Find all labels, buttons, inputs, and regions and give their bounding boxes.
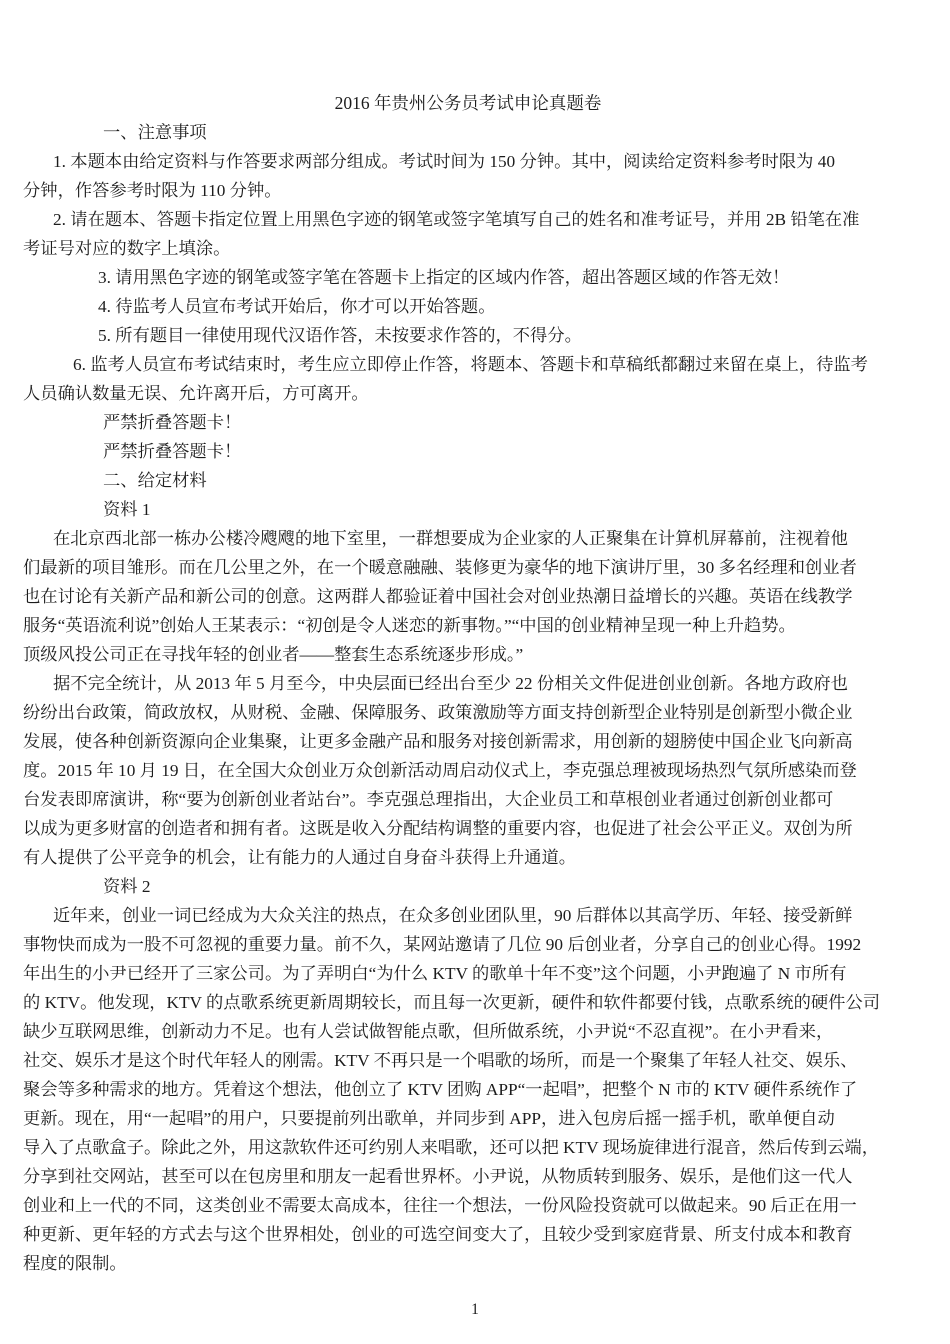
document-text-line: 以成为更多财富的创造者和拥有者。这既是收入分配结构调整的重要内容，也促进了社会公… [23, 814, 913, 843]
document-text-line: 台发表即席演讲，称“要为创新创业者站台”。李克强总理指出，大企业员工和草根创业者… [23, 785, 913, 814]
document-text-line: 考证号对应的数字上填涂。 [23, 234, 913, 263]
document-text-line: 发展，使各种创新资源向企业集聚，让更多金融产品和服务对接创新需求，用创新的翅膀使… [23, 727, 913, 756]
page-number: 1 [0, 1300, 950, 1320]
document-text-line: 资料 2 [23, 872, 913, 901]
document-text-line: 1. 本题本由给定资料与作答要求两部分组成。考试时间为 150 分钟。其中，阅读… [23, 147, 913, 176]
document-text-line: 也在讨论有关新产品和新公司的创意。这两群人都验证着中国社会对创业热潮日益增长的兴… [23, 582, 913, 611]
document-text-line: 分钟，作答参考时限为 110 分钟。 [23, 176, 913, 205]
document-text-line: 严禁折叠答题卡！ [23, 408, 913, 437]
document-text-line: 人员确认数量无误、允许离开后，方可离开。 [23, 379, 913, 408]
document-text-line: 们最新的项目雏形。而在几公里之外，在一个暖意融融、装修更为豪华的地下演讲厅里，3… [23, 553, 913, 582]
document-text-line: 度。2015 年 10 月 19 日，在全国大众创业万众创新活动周启动仪式上，李… [23, 756, 913, 785]
document-text-line: 在北京西北部一栋办公楼冷飕飕的地下室里，一群想要成为企业家的人正聚集在计算机屏幕… [23, 524, 913, 553]
document-text-line: 的 KTV。他发现，KTV 的点歌系统更新周期较长，而且每一次更新，硬件和软件都… [23, 988, 913, 1017]
document-text-line: 社交、娱乐才是这个时代年轻人的刚需。KTV 不再只是一个唱歌的场所，而是一个聚集… [23, 1046, 913, 1075]
document-text-line: 种更新、更年轻的方式去与这个世界相处，创业的可选空间变大了，且较少受到家庭背景、… [23, 1220, 913, 1249]
document-text-line: 3. 请用黑色字迹的钢笔或签字笔在答题卡上指定的区域内作答，超出答题区域的作答无… [23, 263, 913, 292]
document-content: 2016 年贵州公务员考试申论真题卷 一、注意事项1. 本题本由给定资料与作答要… [23, 88, 913, 1278]
document-text-line: 据不完全统计，从 2013 年 5 月至今，中央层面已经出台至少 22 份相关文… [23, 669, 913, 698]
document-title: 2016 年贵州公务员考试申论真题卷 [23, 88, 913, 118]
document-text-line: 分享到社交网站，甚至可以在包房里和朋友一起看世界杯。小尹说，从物质转到服务、娱乐… [23, 1162, 913, 1191]
document-text-line: 顶级风投公司正在寻找年轻的创业者——整套生态系统逐步形成。” [23, 640, 913, 669]
document-text-line: 二、给定材料 [23, 466, 913, 495]
document-text-line: 一、注意事项 [23, 118, 913, 147]
document-text-line: 2. 请在题本、答题卡指定位置上用黑色字迹的钢笔或签字笔填写自己的姓名和准考证号… [23, 205, 913, 234]
document-text-line: 程度的限制。 [23, 1249, 913, 1278]
document-text-line: 5. 所有题目一律使用现代汉语作答，未按要求作答的，不得分。 [23, 321, 913, 350]
document-text-line: 有人提供了公平竞争的机会，让有能力的人通过自身奋斗获得上升通道。 [23, 843, 913, 872]
exam-paper-page: 2016 年贵州公务员考试申论真题卷 一、注意事项1. 本题本由给定资料与作答要… [0, 0, 950, 1344]
document-text-line: 服务“英语流利说”创始人王某表示：“初创是令人迷恋的新事物。”“中国的创业精神呈… [23, 611, 913, 640]
document-text-line: 缺少互联网思维，创新动力不足。也有人尝试做智能点歌，但所做系统，小尹说“不忍直视… [23, 1017, 913, 1046]
document-text-line: 创业和上一代的不同，这类创业不需要太高成本，往往一个想法，一份风险投资就可以做起… [23, 1191, 913, 1220]
document-text-line: 更新。现在，用“一起唱”的用户，只要提前列出歌单，并同步到 APP，进入包房后摇… [23, 1104, 913, 1133]
document-text-line: 年出生的小尹已经开了三家公司。为了弄明白“为什么 KTV 的歌单十年不变”这个问… [23, 959, 913, 988]
document-text-line: 4. 待监考人员宣布考试开始后，你才可以开始答题。 [23, 292, 913, 321]
document-text-line: 导入了点歌盒子。除此之外，用这款软件还可约别人来唱歌，还可以把 KTV 现场旋律… [23, 1133, 913, 1162]
document-text-line: 资料 1 [23, 495, 913, 524]
document-text-line: 聚会等多种需求的地方。凭着这个想法，他创立了 KTV 团购 APP“一起唱”，把… [23, 1075, 913, 1104]
document-text-line: 近年来，创业一词已经成为大众关注的热点，在众多创业团队里，90 后群体以其高学历… [23, 901, 913, 930]
document-text-line: 纷纷出台政策，简政放权，从财税、金融、保障服务、政策激励等方面支持创新型企业特别… [23, 698, 913, 727]
document-text-line: 事物快而成为一股不可忽视的重要力量。前不久，某网站邀请了几位 90 后创业者，分… [23, 930, 913, 959]
document-body: 一、注意事项1. 本题本由给定资料与作答要求两部分组成。考试时间为 150 分钟… [23, 118, 913, 1278]
document-text-line: 6. 监考人员宣布考试结束时，考生应立即停止作答，将题本、答题卡和草稿纸都翻过来… [23, 350, 913, 379]
document-text-line: 严禁折叠答题卡！ [23, 437, 913, 466]
